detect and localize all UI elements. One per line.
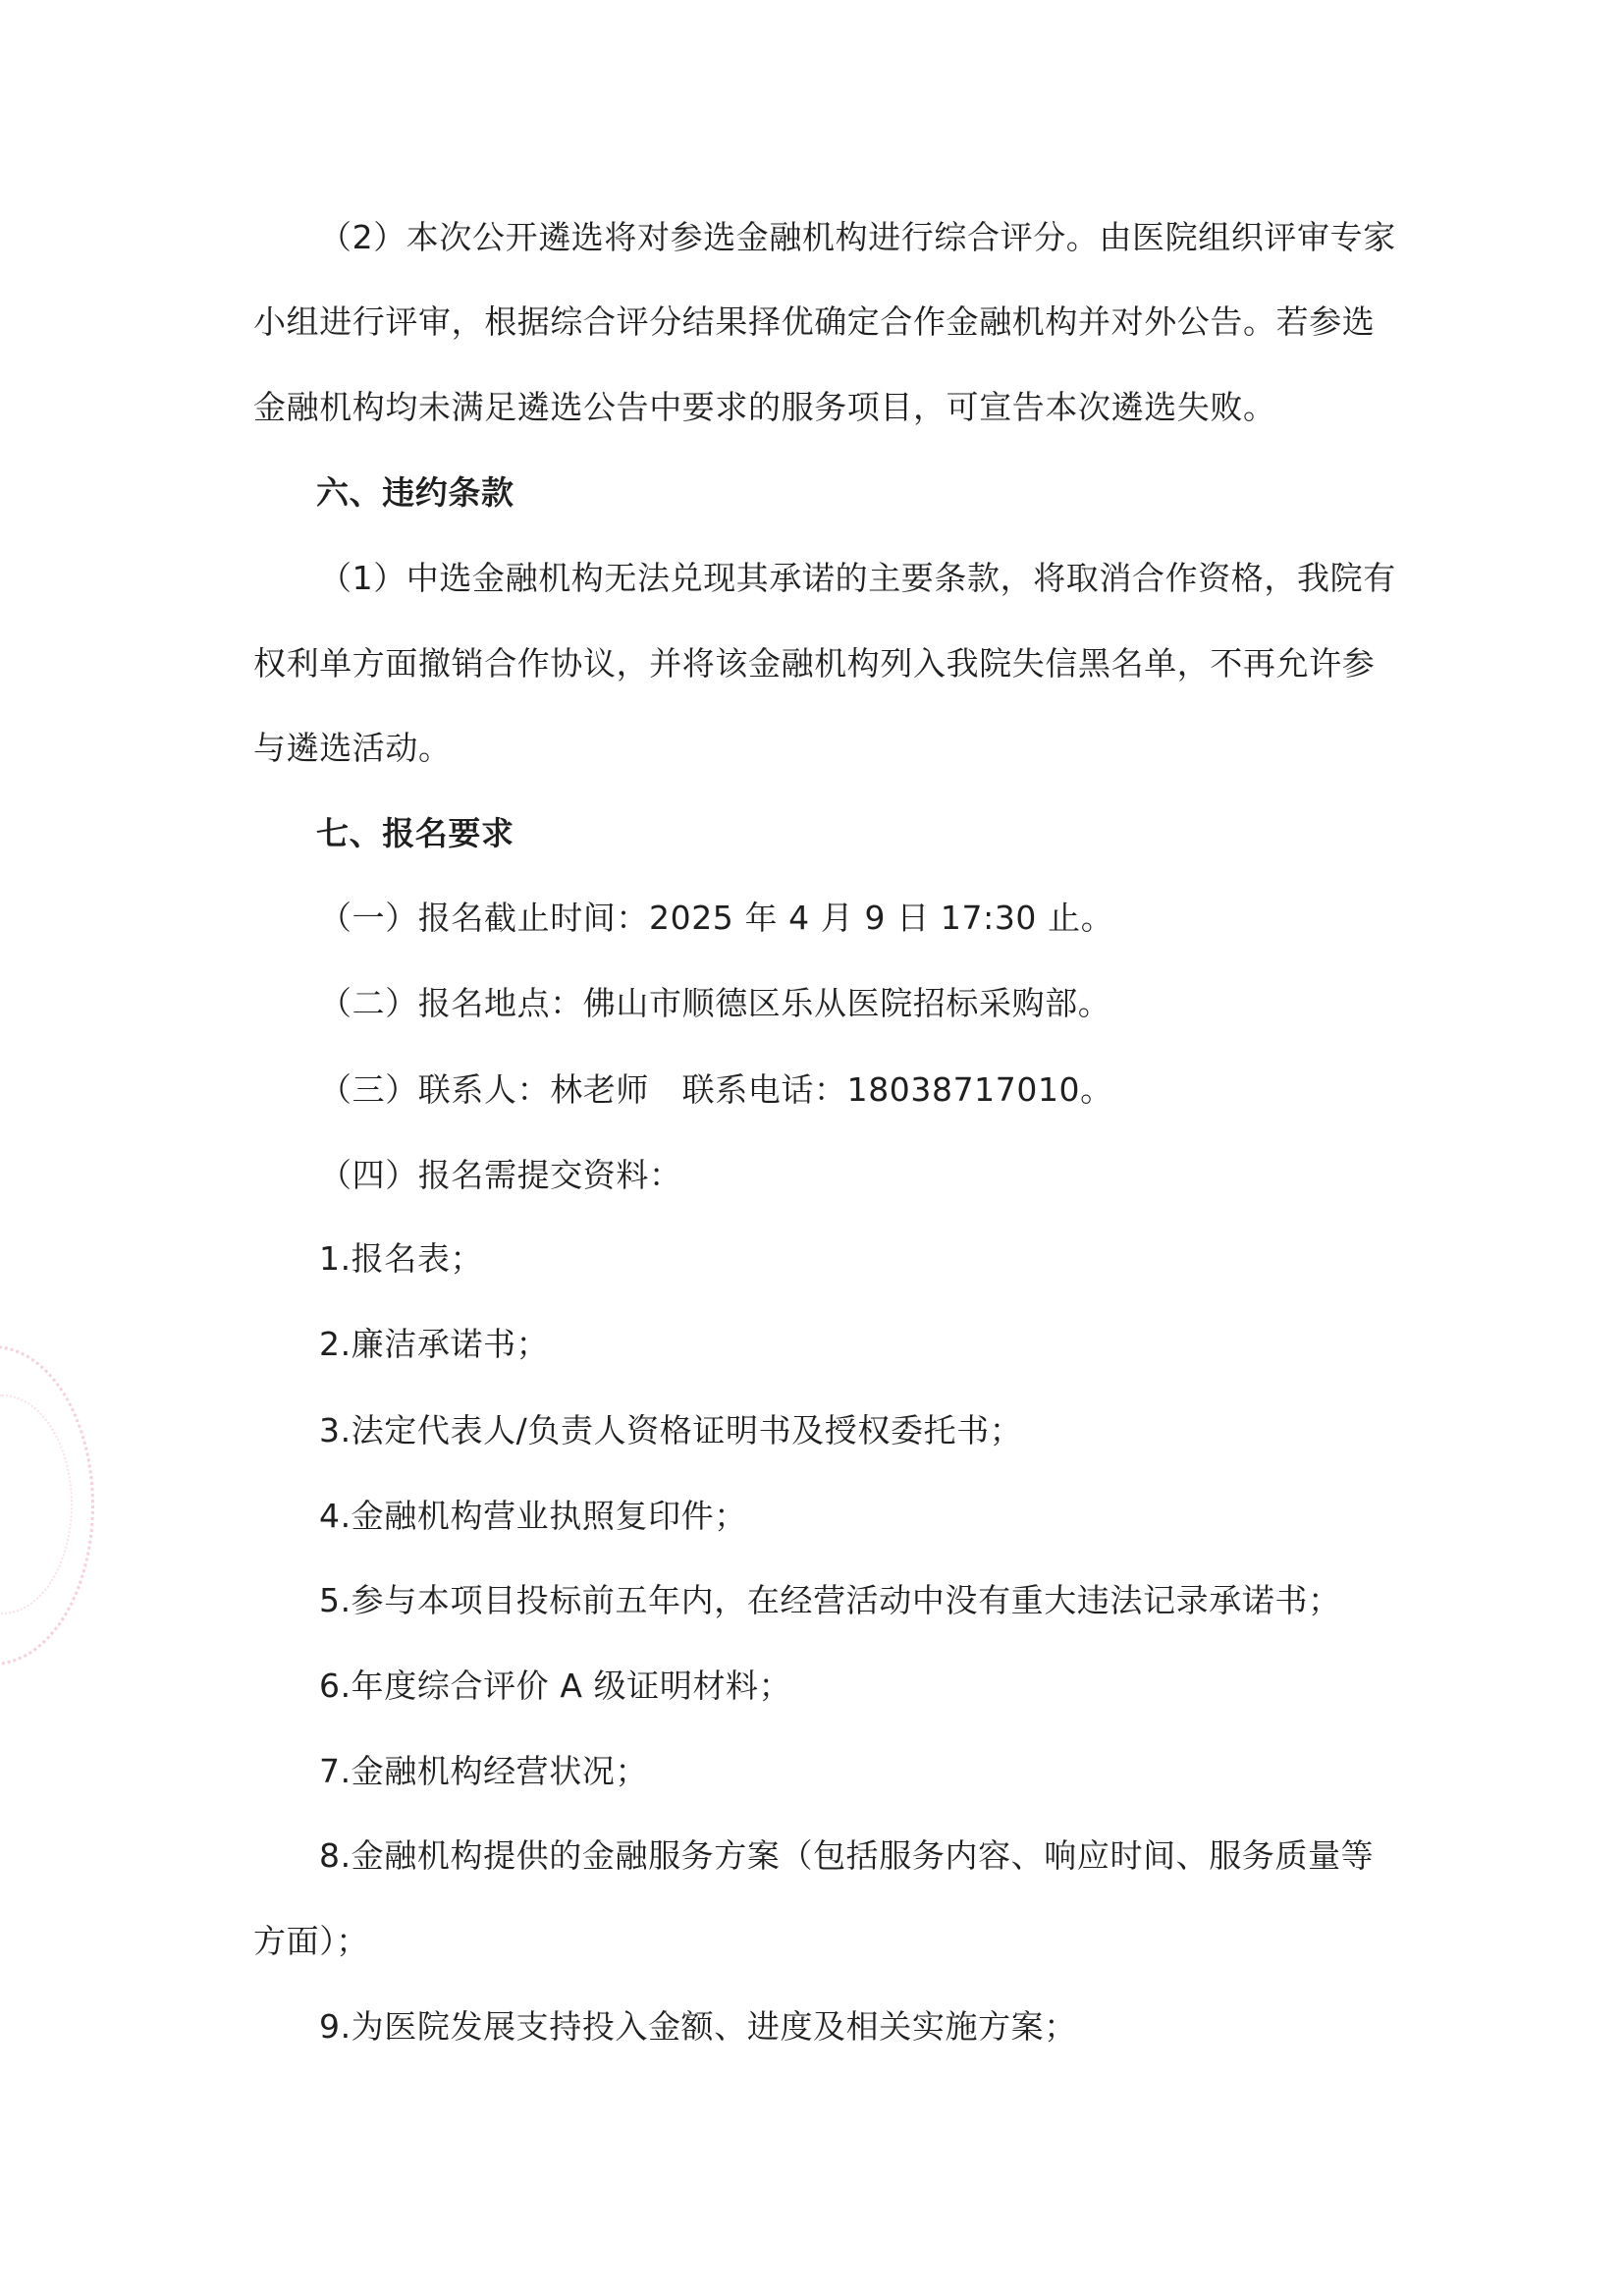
paragraph-2-line-2: 小组进行评审，根据综合评分结果择优确定合作金融机构并对外公告。若参选 xyxy=(253,301,1375,344)
material-item-8-line-1: 8.金融机构提供的金融服务方案（包括服务内容、响应时间、服务质量等 xyxy=(319,1834,1374,1878)
section-6-heading: 六、违约条款 xyxy=(316,471,514,515)
red-seal-stamp-inner-ring xyxy=(0,1394,73,1614)
material-item-5: 5.参与本项目投标前五年内，在经营活动中没有重大违法记录承诺书； xyxy=(319,1579,1341,1622)
section-7-heading: 七、报名要求 xyxy=(316,812,514,855)
paragraph-2-line-3: 金融机构均未满足遴选公告中要求的服务项目，可宣告本次遴选失败。 xyxy=(253,386,1276,429)
registration-materials-heading: （四）报名需提交资料： xyxy=(319,1154,682,1197)
section-6-paragraph-1-line-1: （1）中选金融机构无法兑现其承诺的主要条款，将取消合作资格，我院有 xyxy=(319,557,1396,600)
material-item-1: 1.报名表； xyxy=(319,1237,483,1281)
material-item-7: 7.金融机构经营状况； xyxy=(319,1750,648,1793)
material-item-4: 4.金融机构营业执照复印件； xyxy=(319,1495,747,1538)
material-item-8-line-2: 方面）； xyxy=(253,1920,369,1963)
material-item-3: 3.法定代表人/负责人资格证明书及授权委托书； xyxy=(319,1409,1022,1452)
registration-location: （二）报名地点：佛山市顺德区乐从医院招标采购部。 xyxy=(319,982,1110,1025)
document-page: （2）本次公开遴选将对参选金融机构进行综合评分。由医院组织评审专家 小组进行评审… xyxy=(0,0,1623,2296)
registration-contact: （三）联系人：林老师 联系电话：18038717010。 xyxy=(319,1068,1113,1112)
red-seal-stamp-partial xyxy=(0,1345,94,1666)
material-item-6: 6.年度综合评价 A 级证明材料； xyxy=(319,1665,791,1708)
material-item-9: 9.为医院发展支持投入金额、进度及相关实施方案； xyxy=(319,2005,1077,2049)
paragraph-2-line-1: （2）本次公开遴选将对参选金融机构进行综合评分。由医院组织评审专家 xyxy=(319,216,1396,259)
section-6-paragraph-1-line-2: 权利单方面撤销合作协议，并将该金融机构列入我院失信黑名单，不再允许参 xyxy=(253,642,1375,685)
material-item-2: 2.廉洁承诺书； xyxy=(319,1323,549,1366)
section-6-paragraph-1-line-3: 与遴选活动。 xyxy=(253,727,452,770)
registration-deadline: （一）报名截止时间：2025 年 4 月 9 日 17:30 止。 xyxy=(319,897,1113,940)
